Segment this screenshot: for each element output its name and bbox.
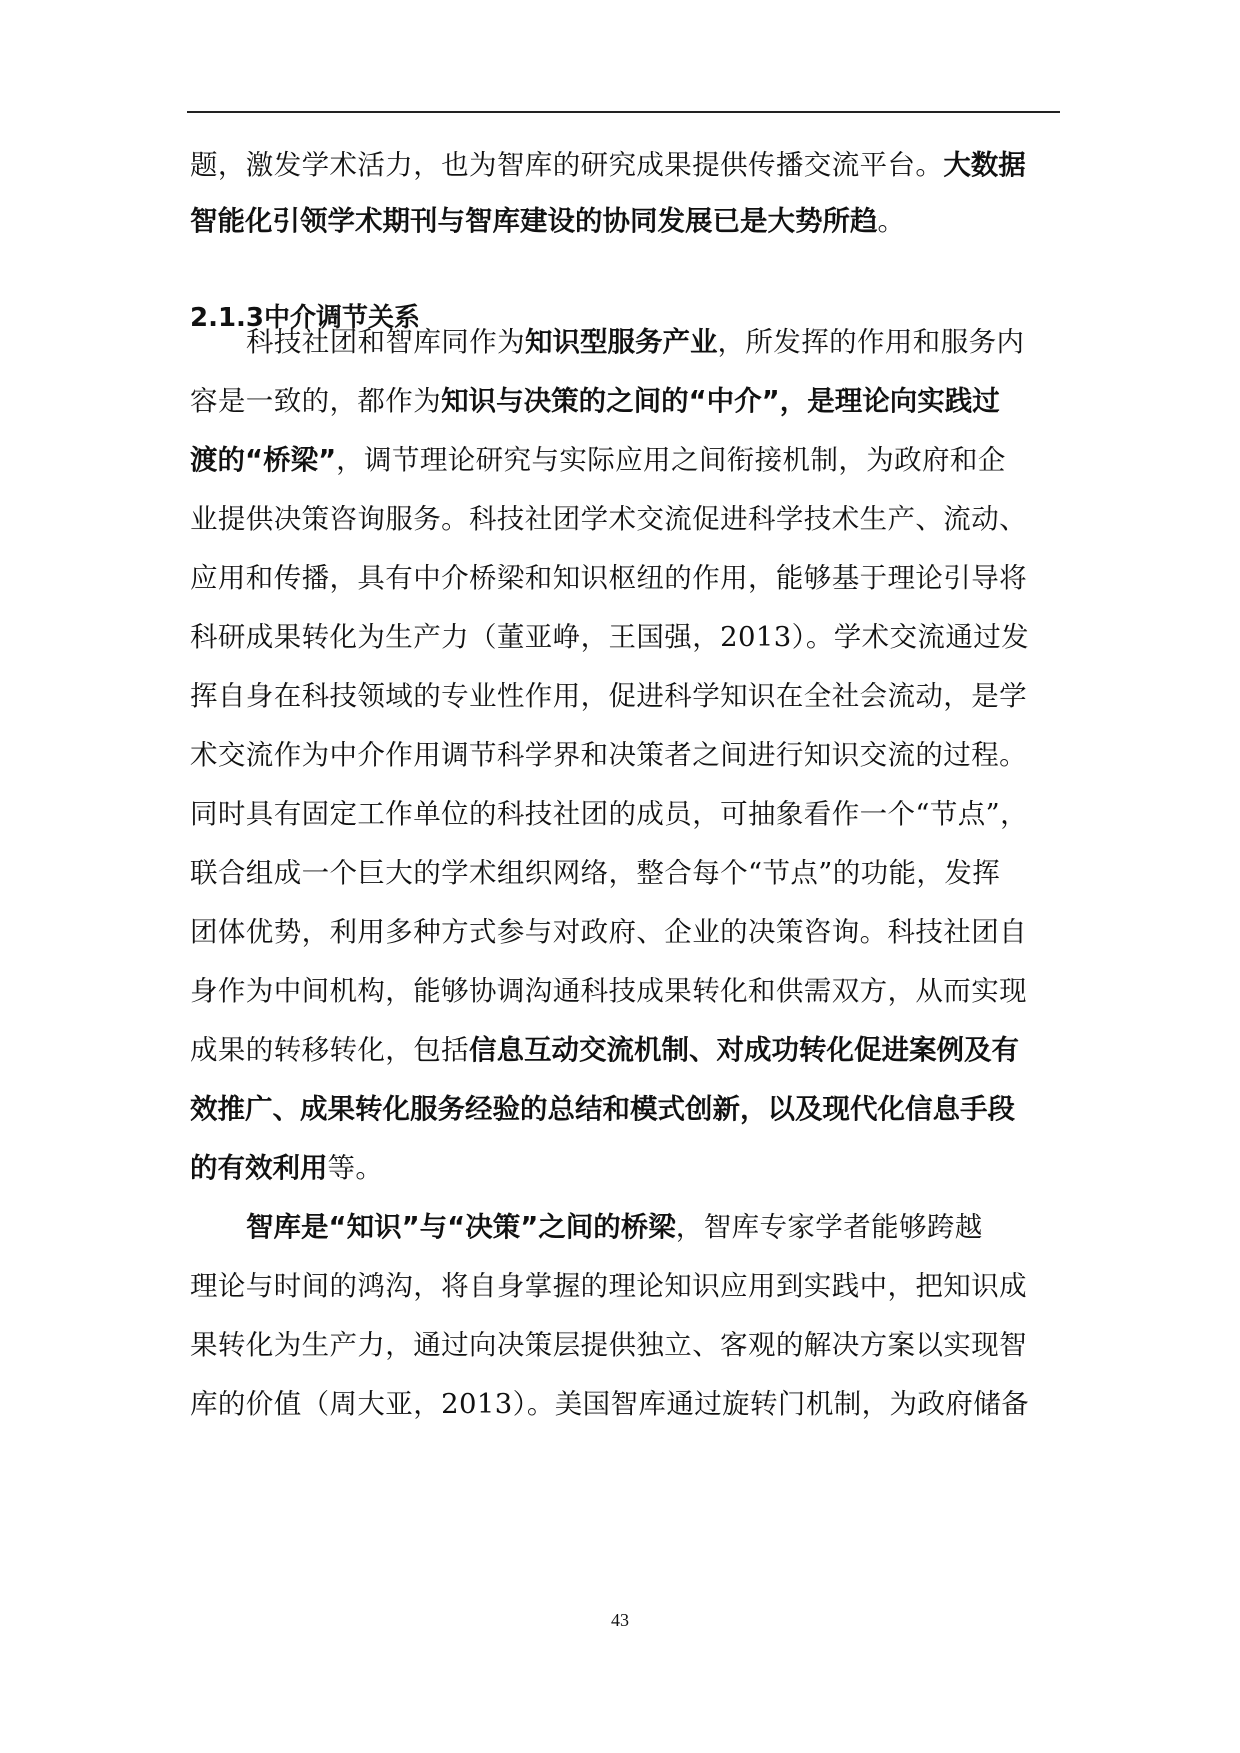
- text-run: 果转化为生产力，通过向决策层提供独立、客观的解决方案以实现智: [190, 1329, 1027, 1361]
- text-run: 成果的转移转化，包括: [190, 1034, 469, 1066]
- text-run: 团体优势，利用多种方式参与对政府、企业的决策咨询。科技社团自: [190, 916, 1027, 948]
- text-line: 应用和传播，具有中介桥梁和知识枢纽的作用，能够基于理论引导将: [190, 558, 1060, 598]
- text-run: 题，激发学术活力，也为智库的研究成果提供传播交流平台。: [190, 149, 943, 181]
- text-run: 科技社团和智库同作为: [246, 326, 525, 358]
- text-line: 成果的转移转化，包括信息互动交流机制、对成功转化促进案例及有: [190, 1030, 1060, 1070]
- text-run: ，所发挥的作用和服务内: [718, 326, 1025, 358]
- text-run: 库的价值（周大亚，2013）。美国智库通过旋转门机制，为政府储备: [190, 1388, 1029, 1420]
- text-run: 。: [878, 205, 906, 237]
- text-run: 同时具有固定工作单位的科技社团的成员，可抽象看作一个“节点”，: [190, 798, 1028, 830]
- bold-text-run: 的有效利用: [190, 1152, 328, 1184]
- text-line: 同时具有固定工作单位的科技社团的成员，可抽象看作一个“节点”，: [190, 794, 1060, 834]
- text-line: 挥自身在科技领域的专业性作用，促进科学知识在全社会流动，是学: [190, 676, 1060, 716]
- text-line: 容是一致的，都作为知识与决策的之间的“中介”，是理论向实践过: [190, 381, 1060, 421]
- header-rule: [187, 111, 1060, 113]
- text-line: 智能化引领学术期刊与智库建设的协同发展已是大势所趋。: [190, 201, 1060, 241]
- bold-text-run: 信息互动交流机制、对成功转化促进案例及有: [469, 1034, 1019, 1066]
- bold-text-run: 大数据: [943, 149, 1026, 181]
- text-run: 业提供决策咨询服务。科技社团学术交流促进科学技术生产、流动、: [190, 503, 1027, 535]
- text-line: 的有效利用等。: [190, 1148, 1060, 1188]
- text-run: ，调节理论研究与实际应用之间衔接机制，为政府和企: [336, 444, 1006, 476]
- text-run: 等。: [328, 1152, 384, 1184]
- text-line: 术交流作为中介作用调节科学界和决策者之间进行知识交流的过程。: [190, 735, 1060, 775]
- text-line: 业提供决策咨询服务。科技社团学术交流促进科学技术生产、流动、: [190, 499, 1060, 539]
- text-run: ，智库专家学者能够跨越: [676, 1211, 983, 1243]
- bold-text-run: 渡的“桥梁”: [190, 444, 336, 476]
- text-line: 联合组成一个巨大的学术组织网络，整合每个“节点”的功能，发挥: [190, 853, 1060, 893]
- text-run: 术交流作为中介作用调节科学界和决策者之间进行知识交流的过程。: [190, 739, 1027, 771]
- text-run: 科研成果转化为生产力（董亚峥，王国强，2013）。学术交流通过发: [190, 621, 1029, 653]
- text-run: 容是一致的，都作为: [190, 385, 441, 417]
- document-page: 题，激发学术活力，也为智库的研究成果提供传播交流平台。大数据 智能化引领学术期刊…: [0, 0, 1240, 1753]
- text-line: 果转化为生产力，通过向决策层提供独立、客观的解决方案以实现智: [190, 1325, 1060, 1365]
- text-line: 库的价值（周大亚，2013）。美国智库通过旋转门机制，为政府储备: [190, 1384, 1060, 1424]
- text-line: 理论与时间的鸿沟，将自身掌握的理论知识应用到实践中，把知识成: [190, 1266, 1060, 1306]
- bold-text-run: 智库是“知识”与“决策”之间的桥梁: [246, 1211, 676, 1243]
- bold-text-run: 效推广、成果转化服务经验的总结和模式创新，以及现代化信息手段: [190, 1093, 1015, 1125]
- paragraph-first-line: 科技社团和智库同作为知识型服务产业，所发挥的作用和服务内: [246, 322, 1060, 362]
- paragraph-first-line: 智库是“知识”与“决策”之间的桥梁，智库专家学者能够跨越: [246, 1207, 1060, 1247]
- text-run: 理论与时间的鸿沟，将自身掌握的理论知识应用到实践中，把知识成: [190, 1270, 1027, 1302]
- text-line: 效推广、成果转化服务经验的总结和模式创新，以及现代化信息手段: [190, 1089, 1060, 1129]
- bold-text-run: 知识型服务产业: [525, 326, 718, 358]
- bold-text-run: 知识与决策的之间的“中介”，是理论向实践过: [441, 385, 1000, 417]
- text-run: 联合组成一个巨大的学术组织网络，整合每个“节点”的功能，发挥: [190, 857, 1000, 889]
- text-line: 团体优势，利用多种方式参与对政府、企业的决策咨询。科技社团自: [190, 912, 1060, 952]
- text-run: 身作为中间机构，能够协调沟通科技成果转化和供需双方，从而实现: [190, 975, 1027, 1007]
- text-line: 题，激发学术活力，也为智库的研究成果提供传播交流平台。大数据: [190, 145, 1060, 185]
- bold-text-run: 智能化引领学术期刊与智库建设的协同发展已是大势所趋: [190, 205, 878, 237]
- text-line: 渡的“桥梁”，调节理论研究与实际应用之间衔接机制，为政府和企: [190, 440, 1060, 480]
- text-run: 应用和传播，具有中介桥梁和知识枢纽的作用，能够基于理论引导将: [190, 562, 1027, 594]
- page-number: 43: [0, 1610, 1240, 1631]
- text-line: 身作为中间机构，能够协调沟通科技成果转化和供需双方，从而实现: [190, 971, 1060, 1011]
- text-line: 科研成果转化为生产力（董亚峥，王国强，2013）。学术交流通过发: [190, 617, 1060, 657]
- text-run: 挥自身在科技领域的专业性作用，促进科学知识在全社会流动，是学: [190, 680, 1027, 712]
